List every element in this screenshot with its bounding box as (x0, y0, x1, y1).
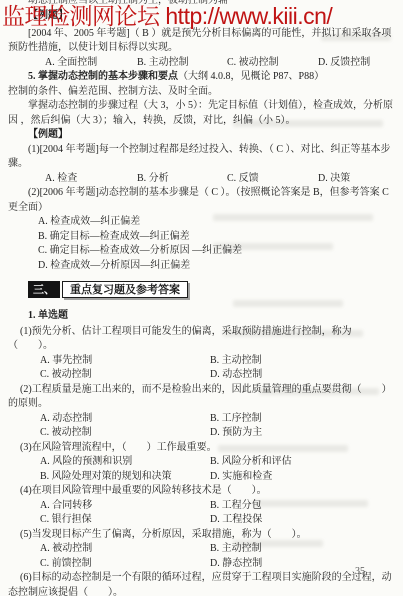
review-question-5: (5)当发现目标产生了偏离，分析原因，采取措施，称为（ ）。 (8, 528, 395, 543)
review-question-3-options: A. 风险的预测和识别 B. 风险分析和评估 B. 风险处理对策的规划和决策 D… (8, 455, 395, 484)
review-question-2: (2)工程质量是施工出来的，而不是检验出来的，因此质量管理的重点要贯彻（ ）的原… (8, 383, 395, 412)
option-c: C. 银行担保 (40, 513, 210, 528)
option-a: A. 全面控制 (45, 56, 137, 71)
option-b: B. 主动控制 (137, 56, 227, 71)
option-d: D. 预防为主 (210, 426, 262, 441)
clipped-top-line: 动态控制应当以主动控制为主，被动控制为辅 (8, 0, 395, 9)
review-question-6: (6)目标的动态控制是一个有限的循环过程，应贯穿于工程项目实施阶段的全过程，动态… (8, 571, 395, 596)
knowledge-point-5-ref: （大纲 4.0.8，见概论 P87、P88） (178, 71, 324, 82)
option-a: A. 检查成效—纠正偏差 (8, 215, 395, 230)
knowledge-point-5: 5. 掌握动态控制的基本步骤和要点（大纲 4.0.8，见概论 P87、P88） (8, 70, 395, 85)
example-2-text: (2)[2006 年考题]动态控制的基本步骤是（ C ）。（按照概论答案是 B，… (8, 186, 395, 215)
review-question-3: (3)在风险管理流程中，（ ）工作最重要。 (8, 441, 395, 456)
page-number: 35 (355, 565, 365, 580)
example-heading-2: 【例题】 (28, 128, 395, 143)
option-c: C. 确定目标—检查成效—分析原因 —纠正偏差 (8, 244, 395, 259)
option-d: D. 决策 (318, 172, 350, 187)
section-banner: 三、 重点复习题及参考答案 (28, 281, 395, 298)
exam-question-2004-options: A. 全面控制 B. 主动控制 C. 被动控制 D. 反馈控制 (8, 56, 395, 71)
option-b: B. 工程分包 (210, 499, 262, 514)
review-question-4: (4)在项目风险管理中最重要的风险转移技术是（ ）。 (8, 484, 395, 499)
option-b: B. 确定目标—检查成效—纠正偏差 (8, 230, 395, 245)
section-number-box: 三、 (28, 281, 60, 298)
review-question-1: (1)预先分析、估计工程项目可能发生的偏离，采取预防措施进行控制，称为（ ）。 (8, 325, 395, 354)
option-d: D. 检查成效—分析原因—纠正偏差 (8, 259, 395, 274)
option-c: B. 风险处理对策的规划和决策 (40, 470, 210, 485)
section-title-box: 重点复习题及参考答案 (62, 281, 188, 298)
option-b: B. 工序控制 (210, 412, 262, 427)
option-d: D. 实施和检查 (210, 470, 272, 485)
option-c: C. 反馈 (227, 172, 318, 187)
knowledge-point-5-line2: 控制的条件、偏差范围、控制方法、及时全面。 (8, 85, 395, 100)
review-question-5-options: A. 被动控制 B. 主动控制 C. 前馈控制 D. 静态控制 (8, 542, 395, 571)
clipped-top-line-text: 动态控制应当以主动控制为主，被动控制为辅 (8, 0, 395, 9)
option-d: D. 工程投保 (210, 513, 262, 528)
review-question-1-options: A. 事先控制 B. 主动控制 C. 被动控制 D. 动态控制 (8, 354, 395, 383)
example-1-text: (1)[2004 年考题]每一个控制过程都是经过投入、转换、（ C ）、对比、纠… (8, 143, 395, 172)
option-c: C. 被动控制 (227, 56, 318, 71)
option-b: B. 主动控制 (210, 354, 262, 369)
example-2-options: A. 检查成效—纠正偏差 B. 确定目标—检查成效—纠正偏差 C. 确定目标—检… (8, 215, 395, 273)
review-question-2-options: A. 动态控制 B. 工序控制 C. 被动控制 D. 预防为主 (8, 412, 395, 441)
book-page: 动态控制应当以主动控制为主，被动控制为辅 【例题】 [2004 年、2005 年… (0, 0, 403, 596)
knowledge-point-5-line3: 掌握动态控制的步骤过程（大 3，小 5）：先定目标值（计划值），检查成效，分析原… (8, 99, 395, 128)
review-heading: 1. 单选题 (8, 309, 395, 324)
option-a: A. 合同转移 (40, 499, 210, 514)
option-b: B. 主动控制 (210, 542, 262, 557)
option-b: B. 风险分析和评估 (210, 455, 292, 470)
option-a: A. 被动控制 (40, 542, 210, 557)
exam-question-2004-text: [2004 年、2005 年考题]（ B ）就是预先分析目标偏离的可能性，并拟订… (8, 27, 395, 56)
review-question-4-options: A. 合同转移 B. 工程分包 C. 银行担保 D. 工程投保 (8, 499, 395, 528)
option-d: D. 静态控制 (210, 557, 262, 572)
option-a: A. 动态控制 (40, 412, 210, 427)
example-heading-1: 【例题】 (28, 9, 395, 24)
example-1-options: A. 检查 B. 分析 C. 反馈 D. 决策 (8, 172, 395, 187)
option-b: B. 分析 (137, 172, 227, 187)
option-d: D. 动态控制 (210, 368, 262, 383)
option-a: A. 事先控制 (40, 354, 210, 369)
option-d: D. 反馈控制 (318, 56, 370, 71)
option-c: C. 前馈控制 (40, 557, 210, 572)
option-a: A. 检查 (45, 172, 137, 187)
option-a: A. 风险的预测和识别 (40, 455, 210, 470)
knowledge-point-5-title: 5. 掌握动态控制的基本步骤和要点 (28, 71, 178, 82)
option-c: C. 被动控制 (40, 426, 210, 441)
option-c: C. 被动控制 (40, 368, 210, 383)
